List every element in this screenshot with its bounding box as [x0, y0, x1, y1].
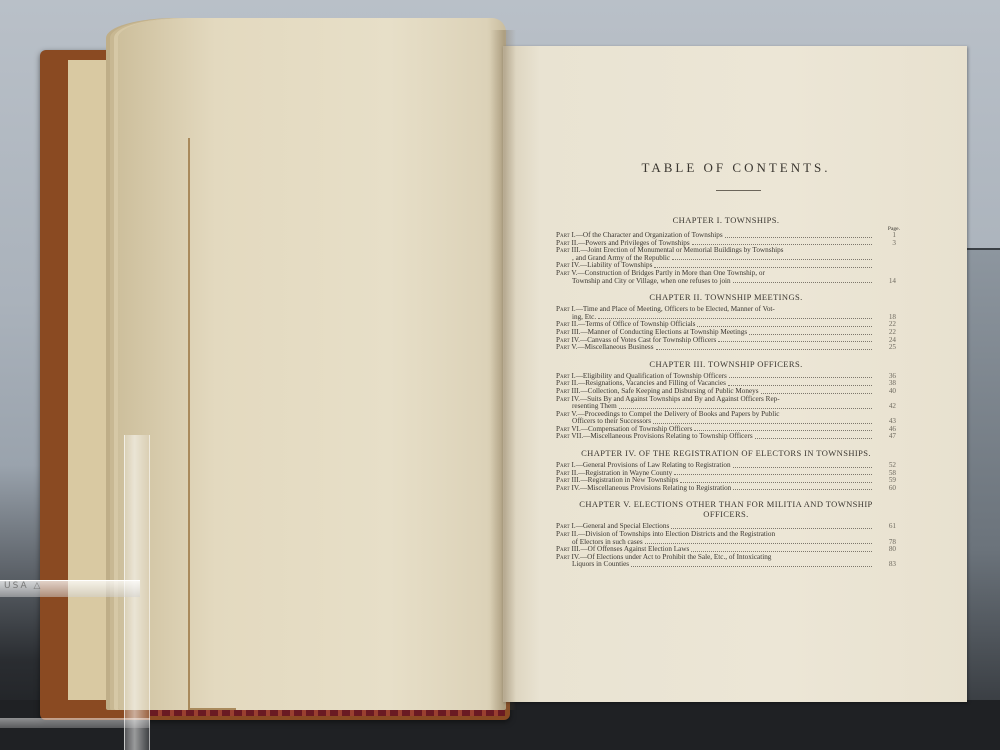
leader-dots: [654, 267, 872, 268]
part-label: Part IV.: [556, 484, 580, 492]
chapter-heading: CHAPTER III. TOWNSHIP OFFICERS.: [556, 359, 896, 369]
toc-entry: Part III.—Joint Erection of Monumental o…: [556, 247, 896, 262]
leader-dots: [718, 341, 872, 342]
toc-entry: Part IV.—Miscellaneous Provisions Relati…: [556, 485, 896, 493]
page-number: 40: [874, 388, 896, 396]
chapter-heading: CHAPTER V. ELECTIONS OTHER THAN FOR MILI…: [556, 499, 896, 519]
gutter: [490, 30, 516, 710]
toc-entry: Part V.—Construction of Bridges Partly i…: [556, 270, 896, 285]
leader-dots: [733, 467, 872, 468]
page-number: 47: [874, 433, 896, 441]
toc-entry: Part V.—Proceedings to Compel the Delive…: [556, 411, 896, 426]
part-title: —Miscellaneous Business: [577, 343, 653, 351]
chapter-heading: CHAPTER I. TOWNSHIPS.: [556, 215, 896, 225]
leader-dots: [728, 385, 872, 386]
page-number: 80: [874, 546, 896, 554]
page-number: 25: [874, 344, 896, 352]
leader-dots: [729, 377, 872, 378]
page-rule-frame: [188, 138, 236, 710]
page-title: TABLE OF CONTENTS.: [576, 160, 896, 176]
table-of-contents: TABLE OF CONTENTS. CHAPTER I. TOWNSHIPS.…: [556, 160, 896, 569]
part-title: —Joint Erection of Monumental or Memoria…: [580, 246, 783, 254]
part-label: Part I.: [556, 305, 576, 313]
page-number: 60: [874, 485, 896, 493]
leader-dots: [619, 408, 872, 409]
leader-dots: [749, 334, 872, 335]
leader-dots: [598, 318, 872, 319]
book-stand-base: [0, 718, 150, 728]
leader-dots: [656, 349, 873, 350]
page-number: 42: [874, 403, 896, 411]
leader-dots: [694, 430, 872, 431]
toc-entry: Part IV.—Of Elections under Act to Prohi…: [556, 554, 896, 569]
leader-dots: [631, 566, 872, 567]
page-number: 14: [874, 278, 896, 286]
part-label: Part V.: [556, 343, 577, 351]
leader-dots: [674, 474, 872, 475]
leader-dots: [671, 528, 872, 529]
page-number: 3: [874, 240, 896, 248]
leader-dots: [755, 438, 872, 439]
part-label: Part II.: [556, 530, 578, 538]
toc-entry: Part IV.—Suits By and Against Townships …: [556, 396, 896, 411]
toc-entry: Part VII.—Miscellaneous Provisions Relat…: [556, 433, 896, 441]
part-title: —Miscellaneous Provisions Relating to To…: [583, 432, 753, 440]
part-title-continued: Township and City or Village, when one r…: [572, 278, 731, 286]
leader-dots: [680, 482, 872, 483]
part-title: —Construction of Bridges Partly in More …: [577, 269, 764, 277]
chapter-list: CHAPTER I. TOWNSHIPS.Page.Part I.—Of the…: [556, 215, 896, 569]
page-number: 83: [874, 561, 896, 569]
leader-dots: [645, 543, 872, 544]
part-title: —Miscellaneous Provisions Relating to Re…: [580, 484, 731, 492]
leader-dots: [672, 259, 872, 260]
part-label: Part V.: [556, 269, 577, 277]
leader-dots: [653, 423, 872, 424]
left-page: [118, 18, 506, 710]
toc-entry: Part II.—Division of Townships into Elec…: [556, 531, 896, 546]
chapter-heading: CHAPTER IV. OF THE REGISTRATION OF ELECT…: [556, 448, 896, 458]
page-number: 61: [874, 523, 896, 531]
leader-dots: [733, 282, 872, 283]
part-title-continued: Liquors in Counties: [572, 561, 629, 569]
toc-entry: Part V.—Miscellaneous Business25: [556, 344, 896, 352]
leader-dots: [761, 393, 872, 394]
title-rule: [716, 190, 761, 191]
chapter-heading: CHAPTER II. TOWNSHIP MEETINGS.: [556, 292, 896, 302]
part-title: —Time and Place of Meeting, Officers to …: [576, 305, 775, 313]
part-label: Part VII.: [556, 432, 583, 440]
leader-dots: [733, 489, 872, 490]
leader-dots: [725, 237, 872, 238]
toc-entry: Part I.—Time and Place of Meeting, Offic…: [556, 306, 896, 321]
part-title: —Division of Townships into Election Dis…: [578, 530, 775, 538]
leader-dots: [691, 551, 872, 552]
stand-label: USA △: [4, 581, 42, 591]
part-label: Part III.: [556, 246, 580, 254]
leader-dots: [692, 244, 872, 245]
leader-dots: [697, 326, 872, 327]
